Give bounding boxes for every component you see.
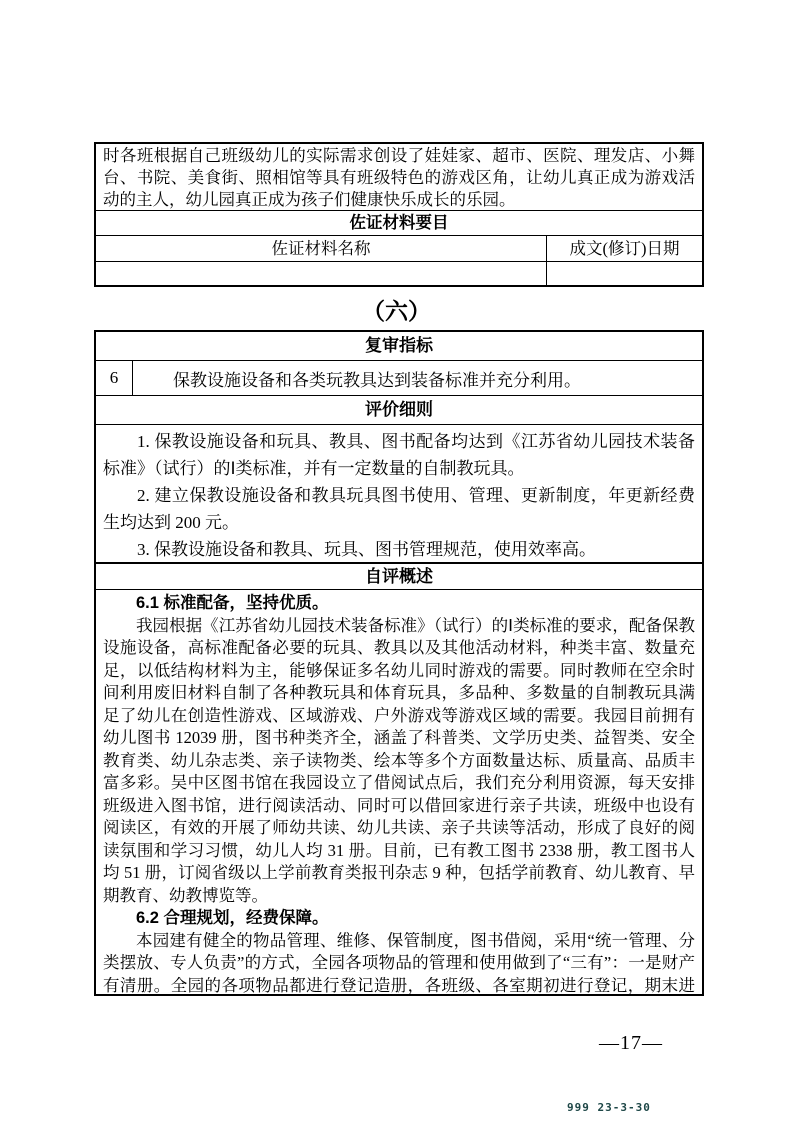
criteria-item-3: 3. 保教设施设备和教具、玩具、图书管理规范，使用效率高。 <box>103 536 695 563</box>
overview-paragraph-6-1: 我园根据《江苏省幼儿园技术装备标准》（试行）的Ⅰ类标准的要求，配备保教设施设备，… <box>103 615 695 908</box>
indicator-text-cell: 保教设施设备和各类玩教具达到装备标准并充分利用。 <box>133 361 702 395</box>
evidence-empty-row <box>96 261 702 285</box>
page-number: —17— <box>599 1032 663 1055</box>
evidence-name-column-header: 佐证材料名称 <box>96 236 547 261</box>
date-stamp: 999 23-3-30 <box>567 1101 651 1114</box>
overview-subheading-6-1: 6.1 标准配备，坚持优质。 <box>103 592 695 615</box>
review-indicator-table: 复审指标 6 保教设施设备和各类玩教具达到装备标准并充分利用。 评价细则 1. … <box>94 330 704 996</box>
criteria-header: 评价细则 <box>96 396 702 424</box>
evidence-date-cell <box>547 262 702 285</box>
evidence-date-column-header: 成文(修订)日期 <box>547 236 702 261</box>
indicator-row: 6 保教设施设备和各类玩教具达到装备标准并充分利用。 <box>96 360 702 396</box>
document-page: 时各班根据自己班级幼儿的实际需求创设了娃娃家、超市、医院、理发店、小舞台、书院、… <box>0 0 793 1122</box>
self-evaluation-header: 自评概述 <box>96 563 702 589</box>
criteria-item-2: 2. 建立保教设施设备和教具玩具图书使用、管理、更新制度，年更新经费生均达到 2… <box>103 482 695 536</box>
evidence-columns-row: 佐证材料名称 成文(修订)日期 <box>96 235 702 261</box>
section-title: （六） <box>0 293 793 326</box>
criteria-body: 1. 保教设施设备和玩具、教具、图书配备均达到《江苏省幼儿园技术装备标准》（试行… <box>96 424 702 563</box>
evidence-name-cell <box>96 262 547 285</box>
previous-indicator-overview-continuation: 时各班根据自己班级幼儿的实际需求创设了娃娃家、超市、医院、理发店、小舞台、书院、… <box>96 144 702 210</box>
overview-paragraph-6-2: 本园建有健全的物品管理、维修、保管制度，图书借阅，采用“统一管理、分类摆放、专人… <box>103 930 695 995</box>
evidence-materials-table: 时各班根据自己班级幼儿的实际需求创设了娃娃家、超市、医院、理发店、小舞台、书院、… <box>94 142 704 287</box>
criteria-item-1: 1. 保教设施设备和玩具、教具、图书配备均达到《江苏省幼儿园技术装备标准》（试行… <box>103 428 695 482</box>
indicator-text: 保教设施设备和各类玩教具达到装备标准并充分利用。 <box>139 366 696 391</box>
overview-subheading-6-2: 6.2 合理规划，经费保障。 <box>103 907 695 930</box>
review-indicator-header: 复审指标 <box>96 332 702 360</box>
evidence-materials-header: 佐证材料要目 <box>96 210 702 235</box>
indicator-number: 6 <box>96 361 133 395</box>
self-evaluation-body: 6.1 标准配备，坚持优质。 我园根据《江苏省幼儿园技术装备标准》（试行）的Ⅰ类… <box>96 589 702 994</box>
